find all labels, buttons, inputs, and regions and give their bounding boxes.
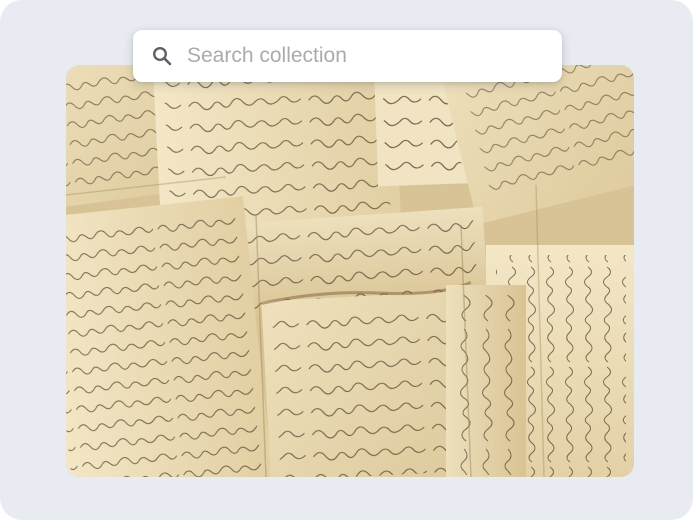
manuscripts-image [66,65,634,477]
search-input[interactable] [187,44,547,68]
search-icon[interactable] [151,45,173,67]
collection-card [0,0,693,520]
search-bar[interactable] [133,30,562,82]
manuscripts-illustration [66,65,634,477]
